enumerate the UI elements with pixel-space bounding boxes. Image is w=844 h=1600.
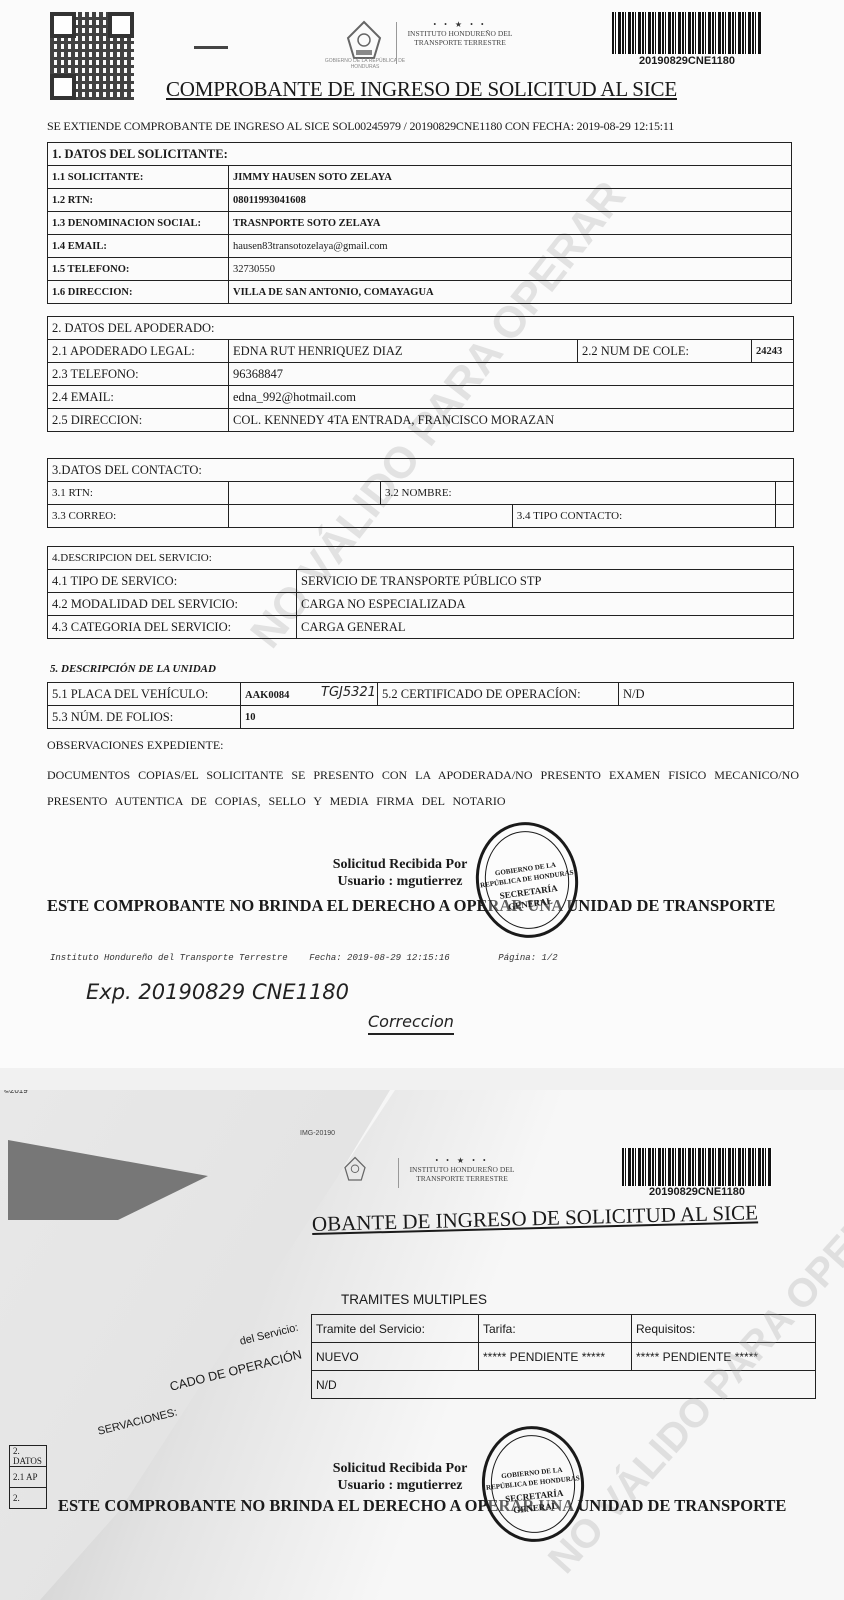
field-value — [229, 505, 513, 528]
field-value: COL. KENNEDY 4TA ENTRADA, FRANCISCO MORA… — [229, 409, 794, 432]
table-row: 5.1 PLACA DEL VEHÍCULO: AAK0084 TGJ5321 … — [48, 683, 794, 706]
handwritten-plate: TGJ5321 — [321, 685, 376, 700]
institution-line-1: INSTITUTO HONDUREÑO DEL — [402, 1165, 522, 1174]
tramites-table: Tramite del Servicio: Tarifa: Requisitos… — [311, 1314, 816, 1399]
decorative-dash — [194, 46, 228, 49]
field-value — [776, 482, 794, 505]
field-label: 1.3 DENOMINACION SOCIAL: — [48, 212, 229, 235]
observaciones-text: DOCUMENTOS COPIAS/EL SOLICITANTE SE PRES… — [47, 762, 807, 814]
field-label: 3.2 NOMBRE: — [381, 482, 776, 505]
logo-divider — [398, 1158, 399, 1188]
logo-divider — [396, 22, 397, 64]
table-row: 2.5 DIRECCION:COL. KENNEDY 4TA ENTRADA, … — [48, 409, 794, 432]
field-value: TRASNPORTE SOTO ZELAYA — [229, 212, 792, 235]
table-row: 1.6 DIRECCION:VILLA DE SAN ANTONIO, COMA… — [48, 281, 792, 304]
table-row: 1.3 DENOMINACION SOCIAL:TRASNPORTE SOTO … — [48, 212, 792, 235]
received-by: Solicitud Recibida Por Usuario : mgutier… — [290, 1460, 510, 1494]
field-label: 2.3 TELEFONO: — [48, 363, 229, 386]
field-label: 1.1 SOLICITANTE: — [48, 166, 229, 189]
table-row: 4.3 CATEGORIA DEL SERVICIO:CARGA GENERAL — [48, 616, 794, 639]
field-value: EDNA RUT HENRIQUEZ DIAZ — [229, 340, 578, 363]
government-emblem-icon — [340, 1155, 370, 1185]
received-line-1: Solicitud Recibida Por — [290, 1460, 510, 1477]
table-cell: NUEVO — [312, 1343, 479, 1371]
column-header: Requisitos: — [632, 1315, 816, 1343]
table-cell: 2.1 AP — [10, 1467, 47, 1488]
table-row: 1.1 SOLICITANTE:JIMMY HAUSEN SOTO ZELAYA — [48, 166, 792, 189]
table-row: 5.3 NÚM. DE FOLIOS: 10 — [48, 706, 794, 729]
footer-date: Fecha: 2019-08-29 12:15:16 — [309, 953, 449, 963]
table-cell: N/D — [312, 1371, 816, 1399]
field-value: 24243 — [752, 340, 794, 363]
intro-text: SE EXTIENDE COMPROBANTE DE INGRESO AL SI… — [47, 119, 674, 134]
field-label: 3.1 RTN: — [48, 482, 229, 505]
field-label: 2.2 NUM DE COLE: — [578, 340, 752, 363]
field-value: edna_992@hotmail.com — [229, 386, 794, 409]
field-value — [776, 505, 794, 528]
image-label: IMG-20190 — [300, 1130, 335, 1137]
barcode-number: 20190829CNE1180 — [612, 55, 762, 67]
table-cell: ***** PENDIENTE ***** — [632, 1343, 816, 1371]
institution-name: • • ★ • • INSTITUTO HONDUREÑO DEL TRANSP… — [400, 20, 520, 47]
table-row: 1.4 EMAIL:hausen83transotozelaya@gmail.c… — [48, 235, 792, 258]
field-value: CARGA NO ESPECIALIZADA — [297, 593, 794, 616]
field-label: 4.3 CATEGORIA DEL SERVICIO: — [48, 616, 297, 639]
field-value — [229, 482, 381, 505]
stars-icon: • • ★ • • — [400, 20, 520, 29]
underlying-table-stub: 2. DATOS 2.1 AP 2. — [9, 1445, 47, 1509]
field-label: 4.2 MODALIDAD DEL SERVICIO: — [48, 593, 297, 616]
field-label: 1.4 EMAIL: — [48, 235, 229, 258]
barcode — [612, 12, 762, 54]
table-row: 1.5 TELEFONO:32730550 — [48, 258, 792, 281]
barcode-number: 20190829CNE1180 — [622, 1186, 772, 1198]
table-row: 1.2 RTN:08011993041608 — [48, 189, 792, 212]
table-row: 2.4 EMAIL:edna_992@hotmail.com — [48, 386, 794, 409]
handwritten-correccion: Correccion — [368, 1012, 454, 1035]
table-cell: 2. — [10, 1488, 47, 1509]
barcode — [622, 1148, 772, 1186]
corner-text: ©2019 — [4, 1090, 28, 1095]
section-unidad: 5.1 PLACA DEL VEHÍCULO: AAK0084 TGJ5321 … — [47, 682, 794, 729]
field-value: 32730550 — [229, 258, 792, 281]
field-value: VILLA DE SAN ANTONIO, COMAYAGUA — [229, 281, 792, 304]
table-cell: 2. DATOS — [10, 1446, 47, 1467]
official-seal: GOBIERNO DE LA REPÚBLICA DE HONDURAS SEC… — [468, 815, 585, 944]
field-label: 5.1 PLACA DEL VEHÍCULO: — [48, 683, 241, 706]
table-row: 2.3 TELEFONO:96368847 — [48, 363, 794, 386]
observaciones-label: OBSERVACIONES EXPEDIENTE: — [47, 738, 224, 753]
field-value: 96368847 — [229, 363, 794, 386]
stars-icon: • • ★ • • — [402, 1156, 522, 1165]
institution-line-2: TRANSPORTE TERRESTRE — [400, 38, 520, 47]
handwritten-expediente: Exp. 20190829 CNE1180 — [86, 980, 349, 1004]
page-footer: Instituto Hondureño del Transporte Terre… — [50, 953, 558, 963]
section-heading: 4.DESCRIPCION DEL SERVICIO: — [48, 547, 794, 570]
field-value: JIMMY HAUSEN SOTO ZELAYA — [229, 166, 792, 189]
field-label: 5.3 NÚM. DE FOLIOS: — [48, 706, 241, 729]
table-header-row: Tramite del Servicio: Tarifa: Requisitos… — [312, 1315, 816, 1343]
section-heading: 3.DATOS DEL CONTACTO: — [48, 459, 794, 482]
footer-page-number: Página: 1/2 — [498, 953, 557, 963]
field-value: N/D — [619, 683, 794, 706]
section-heading: 5. DESCRIPCIÓN DE LA UNIDAD — [50, 663, 216, 675]
warning-text: ESTE COMPROBANTE NO BRINDA EL DERECHO A … — [58, 1496, 786, 1516]
footer-institution: Instituto Hondureño del Transporte Terre… — [50, 953, 288, 963]
column-header: Tramite del Servicio: — [312, 1315, 479, 1343]
table-row: NUEVO ***** PENDIENTE ***** ***** PENDIE… — [312, 1343, 816, 1371]
field-label: 3.3 CORREO: — [48, 505, 229, 528]
institution-line-2: TRANSPORTE TERRESTRE — [402, 1174, 522, 1183]
field-label: 1.5 TELEFONO: — [48, 258, 229, 281]
table-cell: ***** PENDIENTE ***** — [479, 1343, 632, 1371]
field-value: hausen83transotozelaya@gmail.com — [229, 235, 792, 258]
field-label: 2.1 APODERADO LEGAL: — [48, 340, 229, 363]
field-value: CARGA GENERAL — [297, 616, 794, 639]
section-servicio: 4.DESCRIPCION DEL SERVICIO: 4.1 TIPO DE … — [47, 546, 794, 639]
qr-code — [50, 12, 134, 100]
field-label: 5.2 CERTIFICADO DE OPERACÍON: — [378, 683, 619, 706]
field-label: 2.5 DIRECCION: — [48, 409, 229, 432]
section-heading: 2. DATOS DEL APODERADO: — [48, 317, 794, 340]
section-solicitante: 1. DATOS DEL SOLICITANTE: 1.1 SOLICITANT… — [47, 142, 792, 304]
field-label: 4.1 TIPO DE SERVICO: — [48, 570, 297, 593]
table-row: 2.1 APODERADO LEGAL: EDNA RUT HENRIQUEZ … — [48, 340, 794, 363]
field-value: SERVICIO DE TRANSPORTE PÚBLICO STP — [297, 570, 794, 593]
field-label: 1.2 RTN: — [48, 189, 229, 212]
table-row: 4.1 TIPO DE SERVICO:SERVICIO DE TRANSPOR… — [48, 570, 794, 593]
section-contacto: 3.DATOS DEL CONTACTO: 3.1 RTN: 3.2 NOMBR… — [47, 458, 794, 528]
field-value: AAK0084 — [245, 690, 289, 701]
institution-line-1: INSTITUTO HONDUREÑO DEL — [400, 29, 520, 38]
field-value: 10 — [241, 706, 794, 729]
warning-text: ESTE COMPROBANTE NO BRINDA EL DERECHO A … — [47, 896, 775, 916]
document-page-2: ©2019 IMG-20190 • • ★ • • INSTITUTO HOND… — [0, 1090, 844, 1600]
received-user: Usuario : mgutierrez — [290, 1477, 510, 1494]
section-apoderado: 2. DATOS DEL APODERADO: 2.1 APODERADO LE… — [47, 316, 794, 432]
table-row: 4.2 MODALIDAD DEL SERVICIO:CARGA NO ESPE… — [48, 593, 794, 616]
tramites-heading: TRAMITES MULTIPLES — [341, 1292, 487, 1307]
document-page-1: GOBIERNO DE LA REPÚBLICA DE HONDURAS • •… — [0, 0, 844, 1068]
field-label: 1.6 DIRECCION: — [48, 281, 229, 304]
table-row: 3.3 CORREO: 3.4 TIPO CONTACTO: — [48, 505, 794, 528]
section-heading: 1. DATOS DEL SOLICITANTE: — [48, 143, 792, 166]
column-header: Tarifa: — [479, 1315, 632, 1343]
field-label: 3.4 TIPO CONTACTO: — [512, 505, 776, 528]
field-label: 2.4 EMAIL: — [48, 386, 229, 409]
table-row: N/D — [312, 1371, 816, 1399]
institution-name: • • ★ • • INSTITUTO HONDUREÑO DEL TRANSP… — [402, 1156, 522, 1183]
page-title: COMPROBANTE DE INGRESO DE SOLICITUD AL S… — [166, 77, 677, 102]
page-separator — [0, 1068, 844, 1090]
field-value: 08011993041608 — [229, 189, 792, 212]
table-row: 3.1 RTN: 3.2 NOMBRE: — [48, 482, 794, 505]
